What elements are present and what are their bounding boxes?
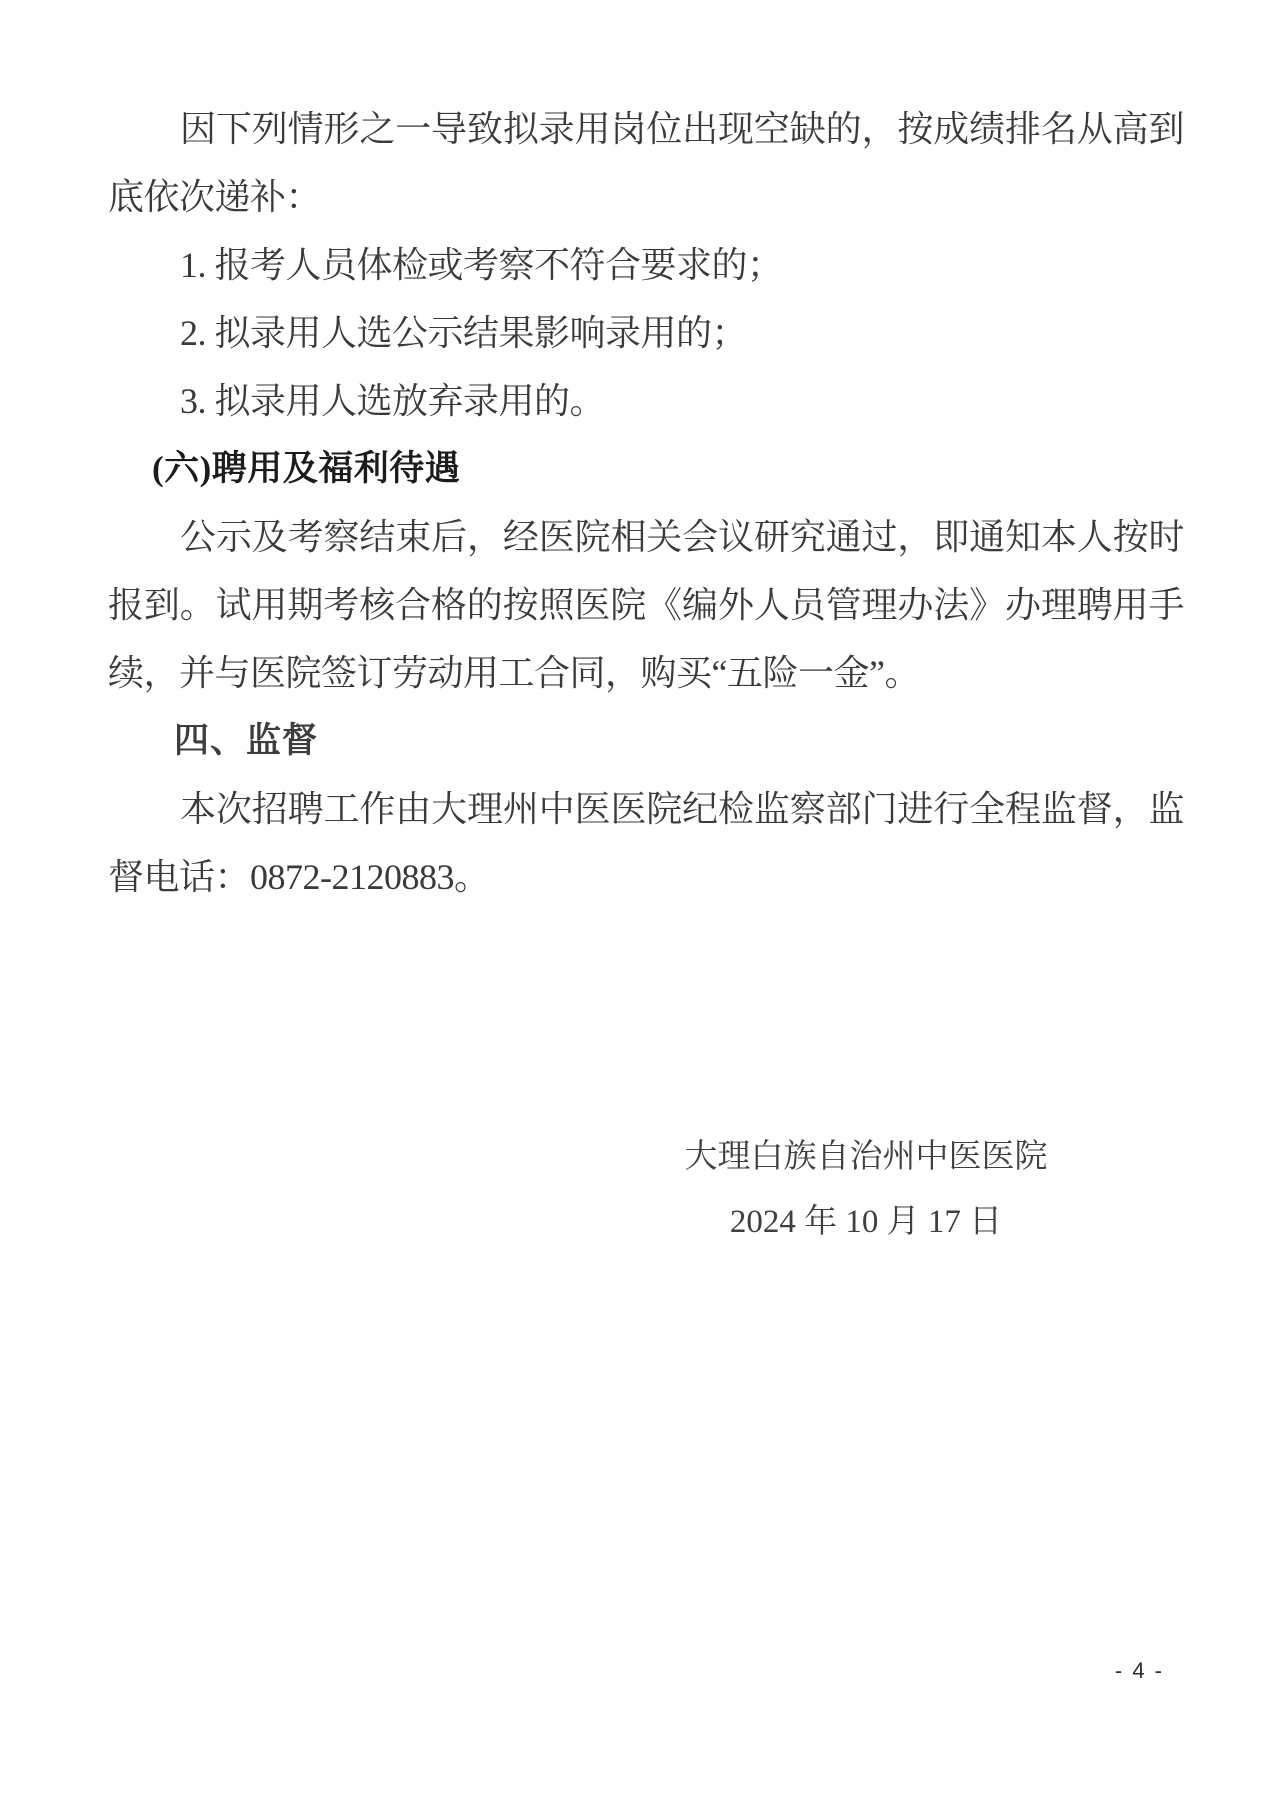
paragraph-supervision: 本次招聘工作由大理州中医医院纪检监察部门进行全程监督，监督电话：0872-212…	[108, 775, 1184, 911]
list-item-1: 1. 报考人员体检或考察不符合要求的；	[108, 231, 1184, 299]
signature-date: 2024 年 10 月 17 日	[660, 1190, 1072, 1255]
paragraph-employment-benefits: 公示及考察结束后，经医院相关会议研究通过，即通知本人按时报到。试用期考核合格的按…	[108, 503, 1184, 707]
heading-employment-benefits: (六)聘用及福利待遇	[108, 435, 1184, 503]
document-content: 因下列情形之一导致拟录用岗位出现空缺的，按成绩排名从高到底依次递补： 1. 报考…	[108, 95, 1184, 1255]
signature-block: 大理白族自治州中医医院 2024 年 10 月 17 日	[660, 1125, 1072, 1255]
paragraph-vacancy-rules: 因下列情形之一导致拟录用岗位出现空缺的，按成绩排名从高到底依次递补：	[108, 95, 1184, 231]
list-item-3: 3. 拟录用人选放弃录用的。	[108, 367, 1184, 435]
signature-organization: 大理白族自治州中医医院	[660, 1125, 1072, 1190]
list-item-2: 2. 拟录用人选公示结果影响录用的；	[108, 299, 1184, 367]
heading-supervision: 四、监督	[108, 707, 1184, 775]
page-number: - 4 -	[1115, 1656, 1164, 1686]
document-page: 因下列情形之一导致拟录用岗位出现空缺的，按成绩排名从高到底依次递补： 1. 报考…	[0, 0, 1280, 1818]
